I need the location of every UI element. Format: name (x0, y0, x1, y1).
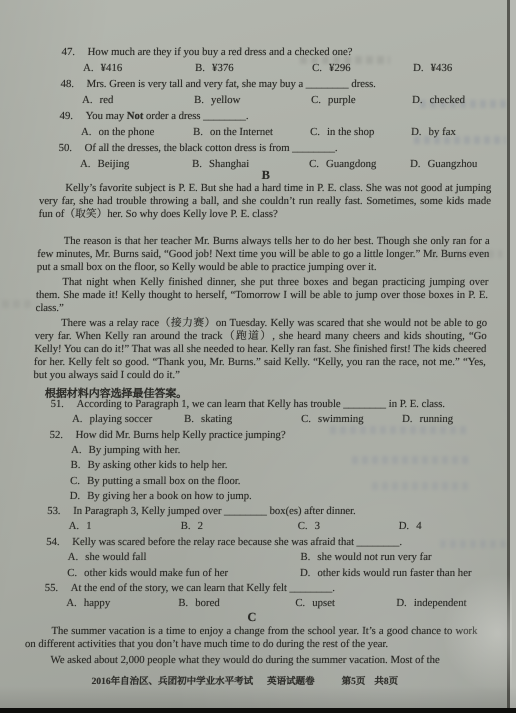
question-48-options: A.red B.yellow C.purple D.checked (82, 94, 502, 106)
passage-c-paragraph-2: We asked about 2,000 people what they wo… (24, 654, 476, 667)
option-c: C.purple (311, 94, 412, 106)
question-number: 52. (49, 429, 75, 441)
option-b: B.By asking other kids to help her. (70, 459, 227, 471)
passage-c-paragraph-1: The summer vacation is a time to enjoy a… (25, 625, 478, 651)
question-number: 48. (60, 78, 86, 90)
option-b: B.yellow (194, 94, 311, 106)
question-number: 55. (45, 582, 71, 594)
question-stem: You may Not order a dress ________. (85, 110, 248, 122)
option-d: D.By giving her a book on how to jump. (69, 490, 252, 502)
passage-b-paragraph-4: There was a relay race（接力赛）on Tuesday. K… (33, 317, 487, 382)
option-a: A.she would fall (68, 551, 298, 563)
question-54: 54.Kelly was scared before the relay rac… (46, 536, 402, 548)
option-b: B.skating (184, 413, 301, 425)
question-number: 50. (58, 142, 84, 154)
question-48: 48.Mrs. Green is very tall and very fat,… (60, 78, 376, 90)
question-stem: Of all the dresses, the black cotton dre… (84, 142, 337, 154)
option-c: C.¥296 (312, 62, 413, 74)
option-c: C.other kids would make fun of her (67, 567, 297, 579)
section-b-heading: B (40, 168, 492, 183)
section-c-heading: C (26, 610, 478, 625)
option-a: A.¥416 (83, 62, 195, 74)
question-50: 50.Of all the dresses, the black cotton … (58, 142, 337, 154)
question-49-options: A.on the phone B.on the Internet C.in th… (81, 126, 501, 138)
option-d: D.by fax (411, 126, 501, 138)
option-c: C.swimming (301, 413, 402, 425)
question-47: 47.How much are they if you buy a red dr… (61, 46, 352, 58)
option-a: A.red (82, 94, 194, 106)
question-number: 53. (47, 505, 73, 517)
option-b: B.¥376 (195, 62, 312, 74)
page-curl-highlight (442, 573, 512, 693)
option-a: A.happy (66, 597, 178, 609)
option-a: A.1 (69, 520, 181, 532)
question-number: 51. (50, 398, 76, 410)
question-53-options: A.1 B.2 C.3 D.4 (69, 520, 489, 532)
option-a: A.playing soccer (72, 413, 184, 425)
question-number: 47. (61, 46, 87, 58)
option-b: B.2 (181, 520, 298, 532)
question-number: 49. (59, 110, 85, 122)
option-a: A.By jumping with her. (71, 444, 181, 456)
question-number: 54. (46, 536, 72, 548)
option-d: D.¥436 (413, 62, 503, 74)
question-54-options-row-1: A.she would fall B.she would not run ver… (68, 551, 432, 563)
option-c: C.in the shop (310, 126, 411, 138)
option-b: B.she would not run very far (300, 551, 432, 563)
option-b: B.on the Internet (193, 126, 310, 138)
option-b: B.bored (178, 597, 295, 609)
question-stem: According to Paragraph 1, we can learn t… (76, 398, 445, 410)
scan-bottom-bar (0, 708, 516, 713)
question-55-options: A.happy B.bored C.upset D.independent (66, 597, 486, 609)
question-54-options-row-2: C.other kids would make fun of her D.oth… (67, 567, 472, 579)
question-stem: Mrs. Green is very tall and very fat, sh… (86, 78, 376, 90)
question-stem: At the end of the story, we can learn th… (71, 582, 336, 594)
question-51: 51.According to Paragraph 1, we can lear… (50, 398, 445, 410)
passage-b-paragraph-3: That night when Kelly finished dinner, s… (35, 276, 488, 315)
page-footer: 2016年自治区、兵团初中学业水平考试英语试题卷第5页共8页 (6, 673, 484, 687)
option-c: C.upset (295, 597, 396, 609)
option-d: D.checked (412, 94, 502, 106)
question-stem: Kelly was scared before the relay race b… (72, 536, 402, 548)
option-d: D.running (402, 413, 492, 425)
question-55: 55.At the end of the story, we can learn… (45, 582, 336, 594)
scanned-exam-page: 47.How much are they if you buy a red dr… (0, 0, 516, 713)
question-51-options: A.playing soccer B.skating C.swimming D.… (72, 413, 492, 425)
option-c: C.By putting a small box on the floor. (70, 475, 241, 487)
question-stem: How did Mr. Burns help Kelly practice ju… (75, 429, 285, 441)
question-stem: In Paragraph 3, Kelly jumped over ______… (73, 505, 356, 517)
passage-b-paragraph-1: Kelly’s favorite subject is P. E. But sh… (38, 182, 491, 221)
question-47-options: A.¥416 B.¥376 C.¥296 D.¥436 (83, 62, 503, 74)
scan-bottom-shadow (0, 686, 516, 708)
question-52: 52.How did Mr. Burns help Kelly practice… (49, 429, 285, 441)
page-content: 47.How much are they if you buy a red dr… (5, 40, 504, 700)
option-d: D.4 (399, 520, 489, 532)
question-53: 53.In Paragraph 3, Kelly jumped over ___… (47, 505, 356, 517)
option-a: A.on the phone (81, 126, 193, 138)
question-stem: How much are they if you buy a red dress… (87, 46, 352, 58)
option-c: C.3 (298, 520, 399, 532)
question-49: 49.You may Not order a dress ________. (59, 110, 248, 122)
passage-b-paragraph-2: The reason is that her teacher Mr. Burns… (37, 235, 490, 274)
